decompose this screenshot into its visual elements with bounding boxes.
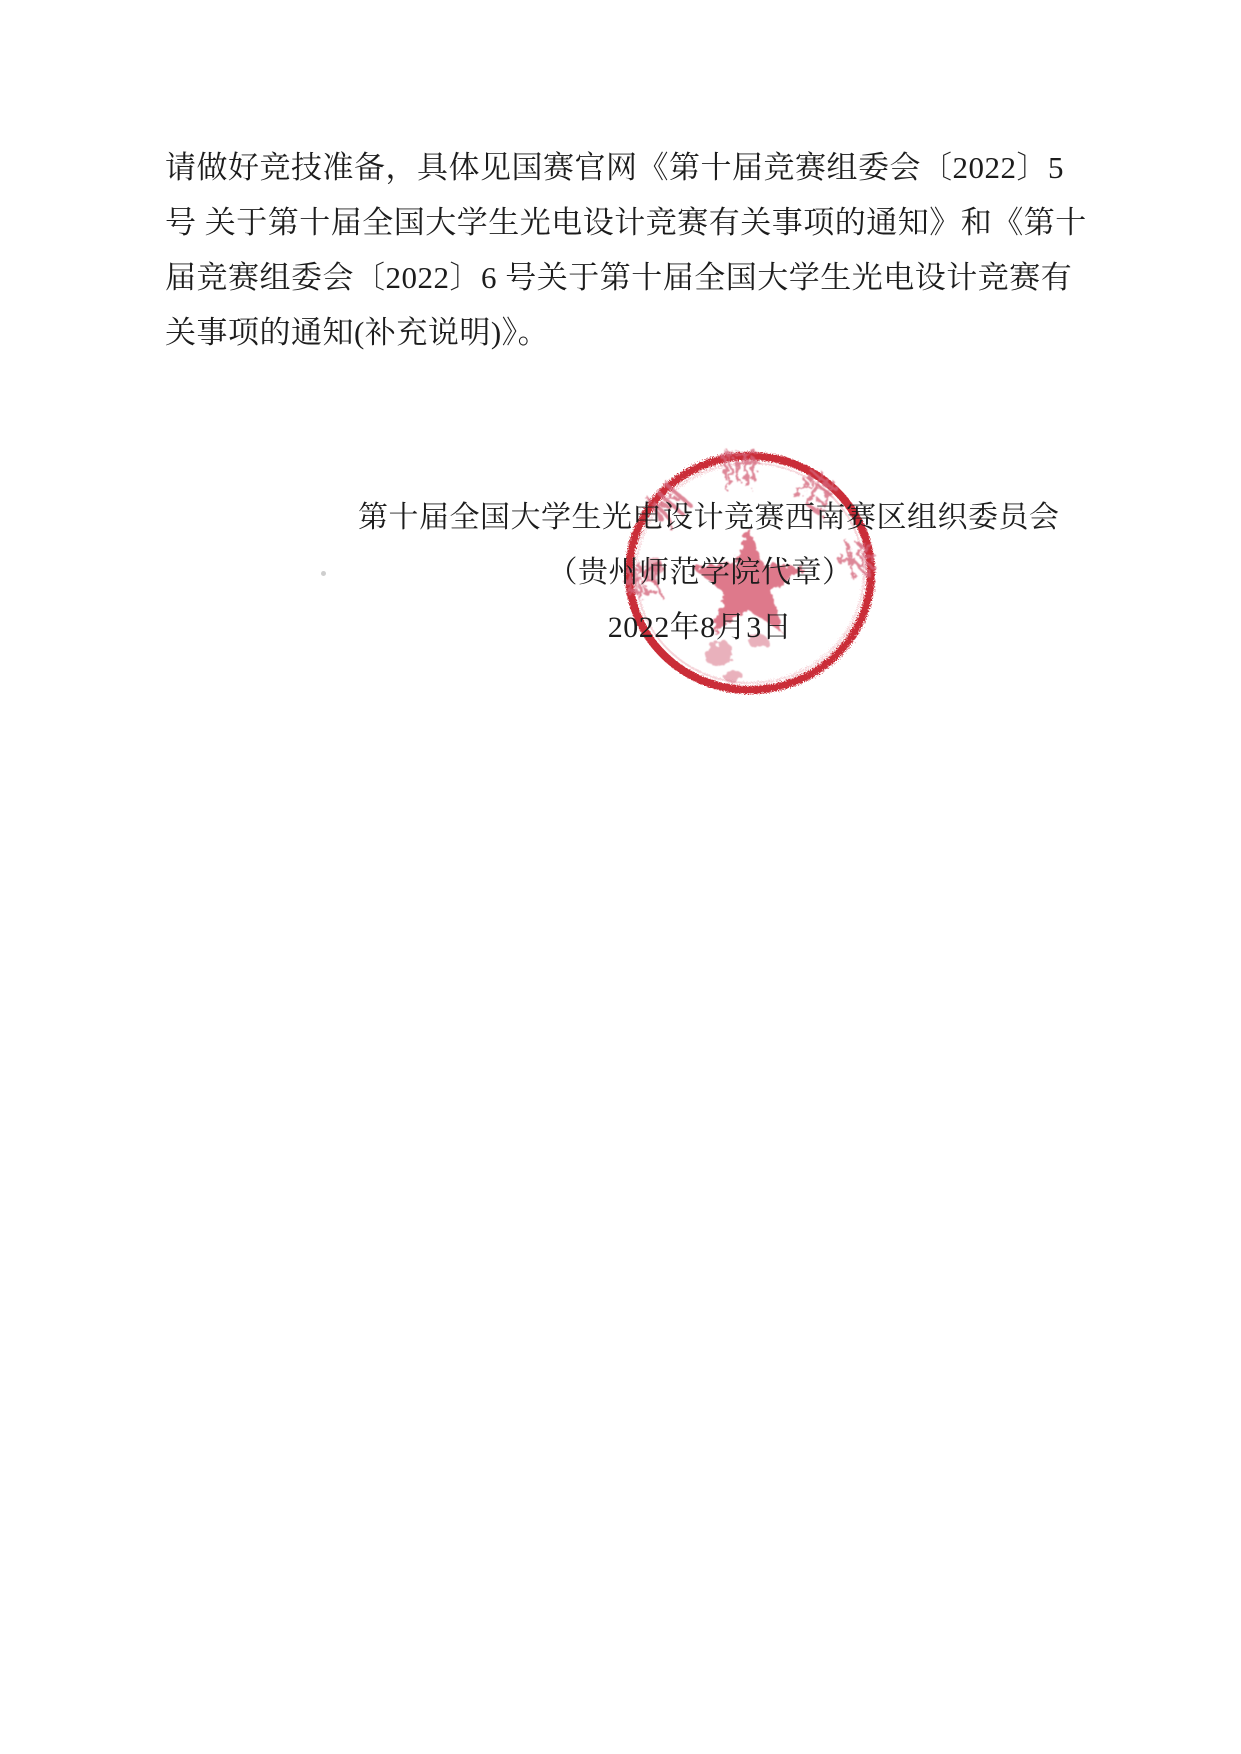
paragraph-line: 请做好竞技准备，具体见国赛官网《第十届竞赛组委会〔2022〕5 (165, 140, 1043, 195)
signature-date: 2022年8月3日 (358, 600, 1042, 655)
signature-organization: 第十届全国大学生光电设计竞赛西南赛区组织委员会 (358, 490, 1042, 545)
ink-speck (321, 571, 326, 576)
paragraph-line: 届竞赛组委会〔2022〕6 号关于第十届全国大学生光电设计竞赛有 (165, 250, 1043, 305)
paragraph-line: 关事项的通知(补充说明)》。 (165, 305, 1043, 360)
paragraph-line: 号 关于第十届全国大学生光电设计竞赛有关事项的通知》和《第十 (165, 195, 1043, 250)
signature-block: 第十届全国大学生光电设计竞赛西南赛区组织委员会 （贵州师范学院代章） 2022年… (358, 490, 1042, 655)
signature-seal-note: （贵州师范学院代章） (358, 545, 1042, 600)
document-page: 请做好竞技准备，具体见国赛官网《第十届竞赛组委会〔2022〕5 号 关于第十届全… (0, 0, 1241, 1754)
body-paragraph: 请做好竞技准备，具体见国赛官网《第十届竞赛组委会〔2022〕5 号 关于第十届全… (165, 140, 1043, 360)
